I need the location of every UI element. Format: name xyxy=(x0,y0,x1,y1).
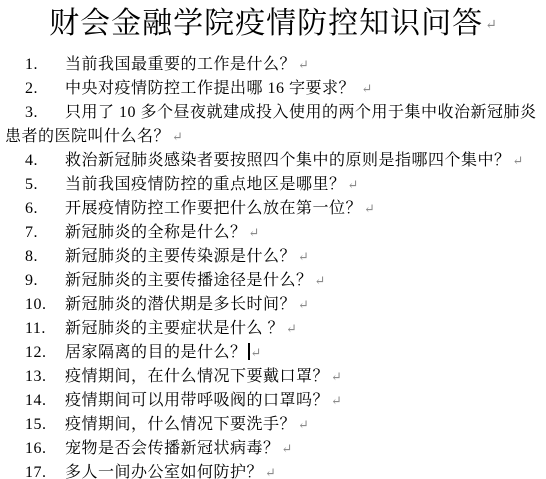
question-text: 开展疫情防控工作要把什么放在第一位？ xyxy=(65,200,362,217)
question-number: 15. xyxy=(25,413,65,437)
question-text: 疫情期间，什么情况下要洗手？ xyxy=(65,416,296,433)
paragraph-mark-icon: ↵ xyxy=(364,201,375,216)
question-list: 1.当前我国最重要的工作是什么？↵ 2.中央对疫情防控工作提出哪 16 字要求？… xyxy=(0,53,546,479)
paragraph-mark-icon: ↵ xyxy=(298,57,309,72)
question-number: 13. xyxy=(25,365,65,389)
question-number: 2. xyxy=(25,77,65,101)
question-row[interactable]: 11.新冠肺炎的主要症状是什么 ？↵ xyxy=(0,317,546,341)
paragraph-mark-icon: ↵ xyxy=(348,177,359,192)
question-number: 3. xyxy=(25,101,65,125)
question-row[interactable]: 12.居家隔离的目的是什么？↵ xyxy=(0,341,546,365)
paragraph-mark-icon: ↵ xyxy=(282,441,293,456)
question-text: 新冠肺炎的全称是什么？ xyxy=(65,224,247,241)
question-text: 新冠肺炎的潜伏期是多长时间？ xyxy=(65,296,296,313)
document-title-text: 财会金融学院疫情防控知识问答 xyxy=(49,7,483,40)
paragraph-mark-icon: ↵ xyxy=(298,297,309,312)
question-number: 1. xyxy=(25,53,65,77)
question-number: 7. xyxy=(25,221,65,245)
question-text: 疫情期间，在什么情况下要戴口罩？ xyxy=(65,368,329,385)
question-row[interactable]: 6.开展疫情防控工作要把什么放在第一位？↵ xyxy=(0,197,546,221)
question-text: 救治新冠肺炎感染者要按照四个集中的原则是指哪四个集中？ xyxy=(65,152,511,169)
question-number: 6. xyxy=(25,197,65,221)
paragraph-mark-icon: ↵ xyxy=(315,273,326,288)
question-text: 当前我国疫情防控的重点地区是哪里？ xyxy=(65,176,346,193)
question-text: 多人一间办公室如何防护？ xyxy=(65,464,263,479)
question-number: 12. xyxy=(25,341,65,365)
question-text: 只用了 10 多个昼夜就建成投入使用的两个用于集中收治新冠肺炎患者的医院叫什么名… xyxy=(5,104,537,145)
question-row[interactable]: 15.疫情期间，什么情况下要洗手？↵ xyxy=(0,413,546,437)
paragraph-mark-icon: ↵ xyxy=(265,465,276,479)
document-page[interactable]: 财会金融学院疫情防控知识问答↵ 1.当前我国最重要的工作是什么？↵ 2.中央对疫… xyxy=(0,4,546,479)
paragraph-mark-icon: ↵ xyxy=(298,417,309,432)
question-text: 新冠肺炎的主要传播途径是什么？ xyxy=(65,272,313,289)
paragraph-mark-icon: ↵ xyxy=(331,369,342,384)
question-text: 疫情期间可以用带呼吸阀的口罩吗？ xyxy=(65,392,329,409)
question-number: 14. xyxy=(25,389,65,413)
paragraph-mark-icon: ↵ xyxy=(485,18,497,33)
question-number: 4. xyxy=(25,149,65,173)
question-row[interactable]: 7.新冠肺炎的全称是什么？↵ xyxy=(0,221,546,245)
question-number: 8. xyxy=(25,245,65,269)
question-row[interactable]: 9.新冠肺炎的主要传播途径是什么？↵ xyxy=(0,269,546,293)
question-row[interactable]: 13.疫情期间，在什么情况下要戴口罩？↵ xyxy=(0,365,546,389)
question-row[interactable]: 14.疫情期间可以用带呼吸阀的口罩吗？↵ xyxy=(0,389,546,413)
paragraph-mark-icon: ↵ xyxy=(251,345,262,360)
question-number: 16. xyxy=(25,437,65,461)
paragraph-mark-icon: ↵ xyxy=(331,393,342,408)
question-row[interactable]: 2.中央对疫情防控工作提出哪 16 字要求？ ↵ xyxy=(0,77,546,101)
question-text: 当前我国最重要的工作是什么？ xyxy=(65,56,296,73)
document-title: 财会金融学院疫情防控知识问答↵ xyxy=(0,4,546,46)
paragraph-mark-icon: ↵ xyxy=(513,153,524,168)
question-row[interactable]: 1.当前我国最重要的工作是什么？↵ xyxy=(0,53,546,77)
question-number: 11. xyxy=(25,317,65,341)
paragraph-mark-icon: ↵ xyxy=(172,129,183,144)
question-row[interactable]: 17.多人一间办公室如何防护？↵ xyxy=(0,461,546,479)
question-row[interactable]: 10.新冠肺炎的潜伏期是多长时间？↵ xyxy=(0,293,546,317)
question-text: 新冠肺炎的主要传染源是什么？ xyxy=(65,248,296,265)
question-row[interactable]: 8.新冠肺炎的主要传染源是什么？↵ xyxy=(0,245,546,269)
question-number: 10. xyxy=(25,293,65,317)
text-cursor xyxy=(248,343,250,360)
question-text: 居家隔离的目的是什么？ xyxy=(65,344,247,361)
question-number: 9. xyxy=(25,269,65,293)
paragraph-mark-icon: ↵ xyxy=(249,225,260,240)
question-text: 新冠肺炎的主要症状是什么 ？ xyxy=(65,320,284,337)
question-row[interactable]: 4.救治新冠肺炎感染者要按照四个集中的原则是指哪四个集中？↵ xyxy=(0,149,546,173)
question-row[interactable]: 16.宠物是否会传播新冠状病毒？↵ xyxy=(0,437,546,461)
paragraph-mark-icon: ↵ xyxy=(298,249,309,264)
question-row[interactable]: 3.只用了 10 多个昼夜就建成投入使用的两个用于集中收治新冠肺炎患者的医院叫什… xyxy=(0,101,546,149)
question-number: 17. xyxy=(25,461,65,479)
question-number: 5. xyxy=(25,173,65,197)
paragraph-mark-icon: ↵ xyxy=(362,81,373,96)
question-row[interactable]: 5.当前我国疫情防控的重点地区是哪里？↵ xyxy=(0,173,546,197)
paragraph-mark-icon: ↵ xyxy=(286,321,297,336)
question-text: 中央对疫情防控工作提出哪 16 字要求？ xyxy=(65,80,360,97)
question-text: 宠物是否会传播新冠状病毒？ xyxy=(65,440,280,457)
